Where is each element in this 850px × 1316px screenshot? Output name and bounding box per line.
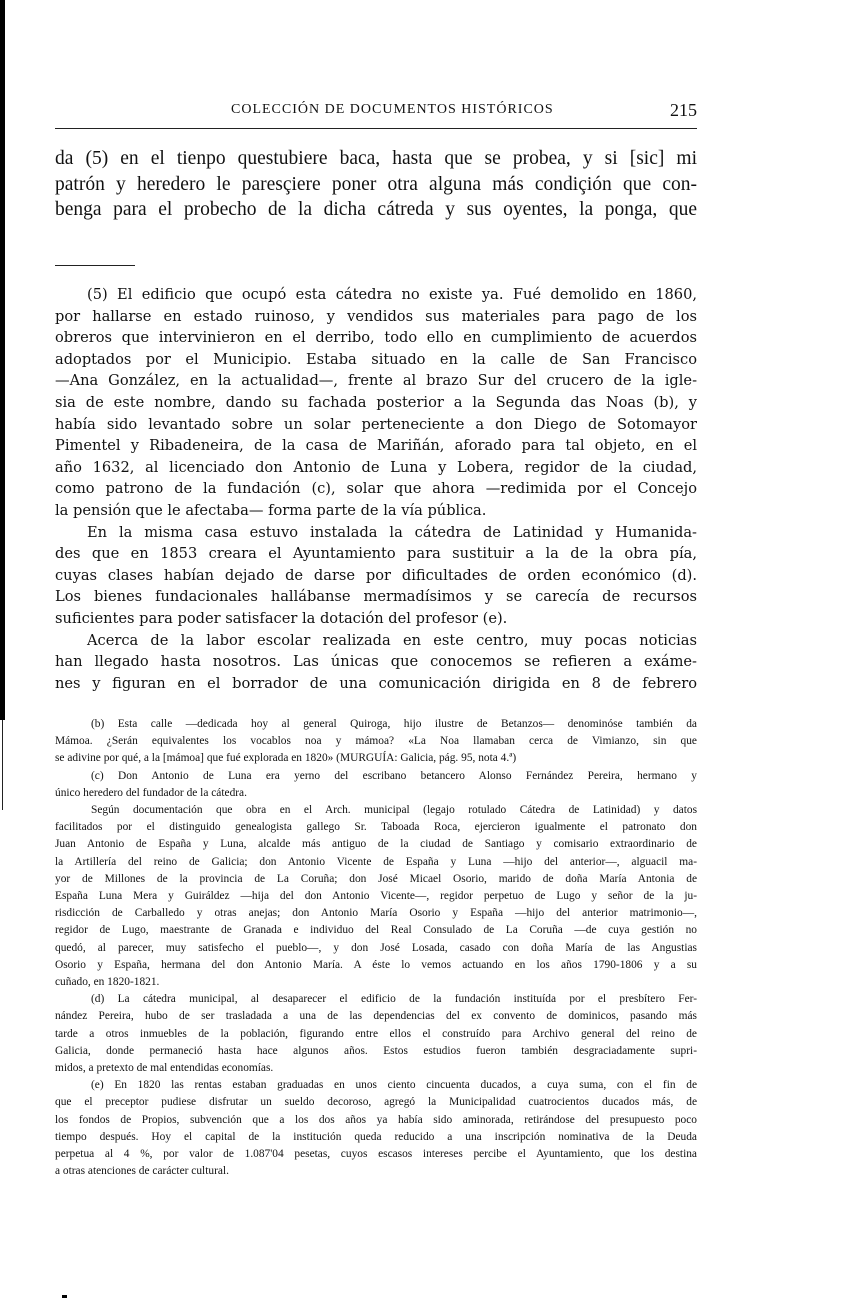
footnote-c-line: (c) Don Antonio de Luna era yerno del es…	[55, 768, 697, 785]
note-line: des que en 1853 creara el Ayuntamiento p…	[55, 543, 697, 565]
note-line: obreros que intervinieron en el derribo,…	[55, 327, 697, 349]
footnote-c-line: Juan Antonio de España y Luna, alcalde m…	[55, 836, 697, 853]
footnote-c-line: la Artillería del reino de Galicia; don …	[55, 854, 697, 871]
footnote-c-line: yor de Millones de la provincia de La Co…	[55, 871, 697, 888]
note-line: cuyas clases habían dejado de darse por …	[55, 565, 697, 587]
note-line: Los bienes fundacionales hallábanse merm…	[55, 586, 697, 608]
text-line: da (5) en el tienpo questubiere baca, ha…	[55, 146, 697, 172]
footnote-d-line: midos, a pretexto de mal entendidas econ…	[55, 1060, 697, 1077]
note-line: Acerca de la labor escolar realizada en …	[55, 630, 697, 652]
footnote-d-line: tarde a otros inmuebles de la población,…	[55, 1026, 697, 1043]
footnote-e-line: (e) En 1820 las rentas estaban graduadas…	[55, 1077, 697, 1094]
running-head: COLECCIÓN DE DOCUMENTOS HISTÓRICOS 215	[55, 100, 697, 124]
note-line: Pimentel y Ribadeneira, de la casa de Ma…	[55, 435, 697, 457]
note-line: la pensión que le afectaba— forma parte …	[55, 500, 697, 522]
small-footnotes: (b) Esta calle —dedicada hoy al general …	[55, 716, 697, 1180]
footnote-e-line: perpetua al 4 %, por valor de 1.087'04 p…	[55, 1146, 697, 1163]
footnote-c-line: España Luna Mera y Guiráldez —hija del d…	[55, 888, 697, 905]
footnote-separator	[55, 265, 135, 266]
footnote-e-line: tiempo después. Hoy el capital de la ins…	[55, 1129, 697, 1146]
scan-edge-shadow	[0, 0, 5, 720]
note-line: por hallarse en estado ruinoso, y vendid…	[55, 306, 697, 328]
footnote-c-line: Según documentación que obra en el Arch.…	[55, 802, 697, 819]
note-line: han llegado hasta nosotros. Las únicas q…	[55, 651, 697, 673]
header-rule	[55, 128, 697, 129]
scan-speck	[62, 1295, 67, 1298]
footnote-d-line: (d) La cátedra municipal, al desaparecer…	[55, 991, 697, 1008]
note-line: (5) El edificio que ocupó esta cátedra n…	[55, 284, 697, 306]
note-line: como patrono de la fundación (c), solar …	[55, 478, 697, 500]
scan-edge-shadow-thin	[2, 720, 3, 810]
footnote-d-line: Galicia, donde permaneció hasta hace alg…	[55, 1043, 697, 1060]
note-line: año 1632, al licenciado don Antonio de L…	[55, 457, 697, 479]
scanned-book-page: COLECCIÓN DE DOCUMENTOS HISTÓRICOS 215 d…	[0, 0, 850, 1316]
note-line: En la misma casa estuvo instalada la cát…	[55, 522, 697, 544]
footnote-e-line: a otras atenciones de carácter cultural.	[55, 1163, 697, 1180]
footnote-5: (5) El edificio que ocupó esta cátedra n…	[55, 284, 697, 694]
note-line: nes y figuran en el borrador de una comu…	[55, 673, 697, 695]
footnote-c-line: facilitados por el distinguido genealogi…	[55, 819, 697, 836]
text-line: patrón y heredero le paresçiere poner ot…	[55, 172, 697, 198]
footnote-c-line: único heredero del fundador de la cátedr…	[55, 785, 697, 802]
note-line: adoptados por el Municipio. Estaba situa…	[55, 349, 697, 371]
footnote-e-line: los fondos de Propios, subvención que a …	[55, 1112, 697, 1129]
page-number: 215	[670, 100, 697, 121]
footnote-b-line: se adivine por qué, a la [mámoa] que fué…	[55, 750, 697, 767]
text-line: benga para el probecho de la dicha cátre…	[55, 197, 697, 223]
footnote-c-line: cuñado, en 1820-1821.	[55, 974, 697, 991]
footnote-c-line: Osorio y España, hermana del don Antonio…	[55, 957, 697, 974]
footnote-b-line: (b) Esta calle —dedicada hoy al general …	[55, 716, 697, 733]
footnote-c-line: risdicción de Carballedo y otras anejas;…	[55, 905, 697, 922]
footnote-c-line: regidor de Lugo, maestrante de Granada e…	[55, 922, 697, 939]
note-line: sia de este nombre, dando su fachada pos…	[55, 392, 697, 414]
main-text: da (5) en el tienpo questubiere baca, ha…	[55, 146, 697, 223]
note-line: suficientes para poder satisfacer la dot…	[55, 608, 697, 630]
footnote-d-line: nández Pereira, hubo de ser trasladada a…	[55, 1008, 697, 1025]
footnote-c-line: quedó, al parecer, muy satisfecho el pue…	[55, 940, 697, 957]
note-line: —Ana González, en la actualidad—, frente…	[55, 370, 697, 392]
footnote-b-line: Mámoa. ¿Serán equivalentes los vocablos …	[55, 733, 697, 750]
footnote-e-line: que el preceptor pudiese disfrutar un su…	[55, 1094, 697, 1111]
running-title: COLECCIÓN DE DOCUMENTOS HISTÓRICOS	[231, 102, 554, 118]
note-line: había sido levantado sobre un solar pert…	[55, 414, 697, 436]
